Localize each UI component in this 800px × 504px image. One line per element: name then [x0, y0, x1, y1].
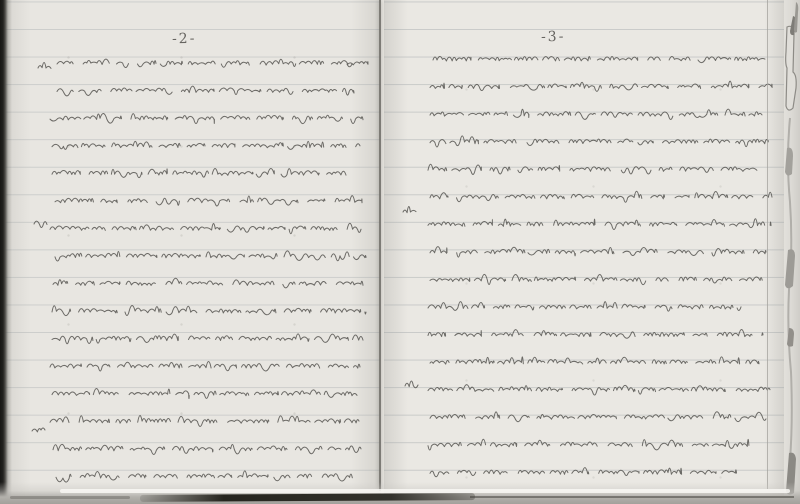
notebook-page-left — [5, 0, 381, 504]
right-margin-rule — [767, 0, 768, 489]
bottom-dark-streak — [140, 493, 475, 502]
bottom-left-smudge — [10, 496, 130, 499]
page-number-right: -3- — [541, 29, 566, 45]
page-number-left: -2- — [172, 31, 197, 47]
bottom-thin-line — [470, 496, 794, 498]
manuscript-scan: -2- -3- — [0, 0, 800, 504]
book-spine-edge — [0, 0, 12, 504]
notebook-page-right — [384, 0, 786, 504]
bottom-scan-edge — [0, 482, 800, 504]
book-gutter-line — [379, 0, 381, 491]
page-edge-strip — [784, 0, 800, 504]
